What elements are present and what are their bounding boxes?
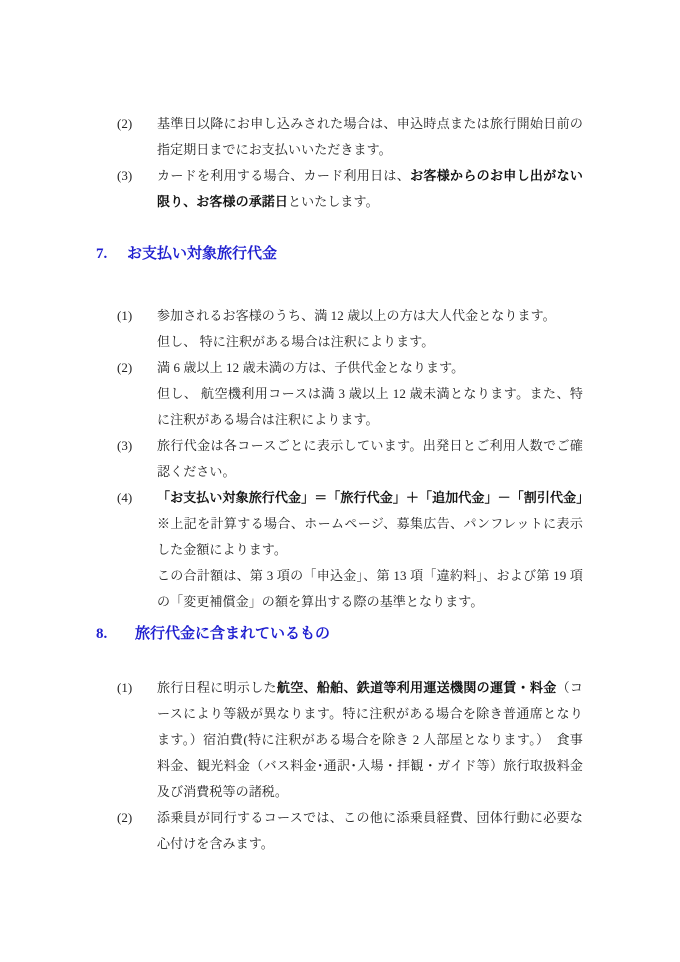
section-items: (1) 旅行日程に明示した航空、船舶、鉄道等利用運送機関の運賃・料金（コースによ… [0,675,680,857]
list-item: (4) 「お支払い対象旅行代金」＝「旅行代金」＋「追加代金」－「割引代金」※上記… [117,485,583,615]
section-heading: 7.お支払い対象旅行代金 [96,241,680,267]
item-number: (2) [117,355,157,433]
text-segment: （コースにより等級が異なります。特に注釈がある場合を除き普通席となります。）宿泊… [157,680,583,799]
item-number: (1) [117,303,157,355]
text-segment: 参加されるお客様のうち、満 12 歳以上の方は大人代金となります。 [157,308,556,323]
item-paragraphs: 満 6 歳以上 12 歳未満の方は、子供代金となります。但し、 航空機利用コース… [157,355,583,433]
paragraph: この合計額は、第 3 項の「申込金」、第 13 項「違約料」、および第 19 項… [157,563,583,615]
text-segment: 旅行日程に明示した [157,680,277,695]
section-list: 7.お支払い対象旅行代金 (1) 参加されるお客様のうち、満 12 歳以上の方は… [0,241,680,857]
list-item: (3) カードを利用する場合、カード利用日は、お客様からのお申し出がない限り、お… [117,163,583,215]
paragraph: 旅行日程に明示した航空、船舶、鉄道等利用運送機関の運賃・料金（コースにより等級が… [157,675,583,805]
text-segment: 但し、 航空機利用コースは満 3 歳以上 12 歳未満となります。また、特に注釈… [157,386,583,427]
paragraph: 満 6 歳以上 12 歳未満の方は、子供代金となります。 [157,355,583,381]
item-number: (3) [117,433,157,485]
section-number: 8. [96,621,135,647]
text-segment: 但し、 特に注釈がある場合は注釈によります。 [157,334,434,349]
document-page: (2) 基準日以降にお申し込みされた場合は、申込時点または旅行開始日前の指定期日… [0,0,680,962]
item-paragraphs: 旅行代金は各コースごとに表示しています。出発日とご利用人数でご確認ください。 [157,433,583,485]
paragraph: 添乗員が同行するコースでは、この他に添乗員経費、団体行動に必要な心付けを含みます… [157,805,583,857]
item-number: (3) [117,163,157,215]
text-segment: 添乗員が同行するコースでは、この他に添乗員経費、団体行動に必要な心付けを含みます… [157,810,583,851]
item-paragraphs: カードを利用する場合、カード利用日は、お客様からのお申し出がない限り、お客様の承… [157,163,583,215]
text-segment: 旅行代金は各コースごとに表示しています。出発日とご利用人数でご確認ください。 [157,438,583,479]
list-item: (2) 基準日以降にお申し込みされた場合は、申込時点または旅行開始日前の指定期日… [117,111,583,163]
section-number: 7. [96,241,127,267]
list-item: (1) 参加されるお客様のうち、満 12 歳以上の方は大人代金となります。但し、… [117,303,583,355]
item-number: (2) [117,805,157,857]
paragraph: 但し、 特に注釈がある場合は注釈によります。 [157,329,583,355]
text-segment: ※上記を計算する場合、ホームページ、募集広告、パンフレットに表示した金額によりま… [157,516,583,557]
bold-text-segment: 航空、船舶、鉄道等利用運送機関の運賃・料金 [277,680,557,695]
list-item: (2) 満 6 歳以上 12 歳未満の方は、子供代金となります。但し、 航空機利… [117,355,583,433]
item-number: (1) [117,675,157,805]
section-title: お支払い対象旅行代金 [127,246,277,262]
section: 8.旅行代金に含まれているもの (1) 旅行日程に明示した航空、船舶、鉄道等利用… [0,621,680,857]
bold-text-segment: 「お支払い対象旅行代金」＝「旅行代金」＋「追加代金」－「割引代金」 [157,490,589,505]
section-items: (1) 参加されるお客様のうち、満 12 歳以上の方は大人代金となります。但し、… [0,303,680,615]
text-segment: といたします。 [288,194,379,209]
paragraph: ※上記を計算する場合、ホームページ、募集広告、パンフレットに表示した金額によりま… [157,511,583,563]
item-paragraphs: 旅行日程に明示した航空、船舶、鉄道等利用運送機関の運賃・料金（コースにより等級が… [157,675,583,805]
paragraph: 基準日以降にお申し込みされた場合は、申込時点または旅行開始日前の指定期日までにお… [157,111,583,163]
section-title: 旅行代金に含まれているもの [135,626,330,642]
paragraph: 旅行代金は各コースごとに表示しています。出発日とご利用人数でご確認ください。 [157,433,583,485]
paragraph: カードを利用する場合、カード利用日は、お客様からのお申し出がない限り、お客様の承… [157,163,583,215]
item-number: (4) [117,485,157,615]
text-segment: カードを利用する場合、カード利用日は、 [157,168,410,183]
item-paragraphs: 基準日以降にお申し込みされた場合は、申込時点または旅行開始日前の指定期日までにお… [157,111,583,163]
text-segment: 基準日以降にお申し込みされた場合は、申込時点または旅行開始日前の指定期日までにお… [157,116,583,157]
list-item: (2) 添乗員が同行するコースでは、この他に添乗員経費、団体行動に必要な心付けを… [117,805,583,857]
item-paragraphs: 参加されるお客様のうち、満 12 歳以上の方は大人代金となります。但し、 特に注… [157,303,583,355]
section-heading: 8.旅行代金に含まれているもの [96,621,680,647]
paragraph: 「お支払い対象旅行代金」＝「旅行代金」＋「追加代金」－「割引代金」 [157,485,583,511]
item-paragraphs: 添乗員が同行するコースでは、この他に添乗員経費、団体行動に必要な心付けを含みます… [157,805,583,857]
intro-item-list: (2) 基準日以降にお申し込みされた場合は、申込時点または旅行開始日前の指定期日… [0,111,680,215]
paragraph: 但し、 航空機利用コースは満 3 歳以上 12 歳未満となります。また、特に注釈… [157,381,583,433]
section: 7.お支払い対象旅行代金 (1) 参加されるお客様のうち、満 12 歳以上の方は… [0,241,680,615]
text-segment: この合計額は、第 3 項の「申込金」、第 13 項「違約料」、および第 19 項… [157,568,583,609]
list-item: (1) 旅行日程に明示した航空、船舶、鉄道等利用運送機関の運賃・料金（コースによ… [117,675,583,805]
item-paragraphs: 「お支払い対象旅行代金」＝「旅行代金」＋「追加代金」－「割引代金」※上記を計算す… [157,485,583,615]
paragraph: 参加されるお客様のうち、満 12 歳以上の方は大人代金となります。 [157,303,583,329]
item-number: (2) [117,111,157,163]
list-item: (3) 旅行代金は各コースごとに表示しています。出発日とご利用人数でご確認くださ… [117,433,583,485]
document-content: (2) 基準日以降にお申し込みされた場合は、申込時点または旅行開始日前の指定期日… [0,0,680,857]
text-segment: 満 6 歳以上 12 歳未満の方は、子供代金となります。 [157,360,464,375]
